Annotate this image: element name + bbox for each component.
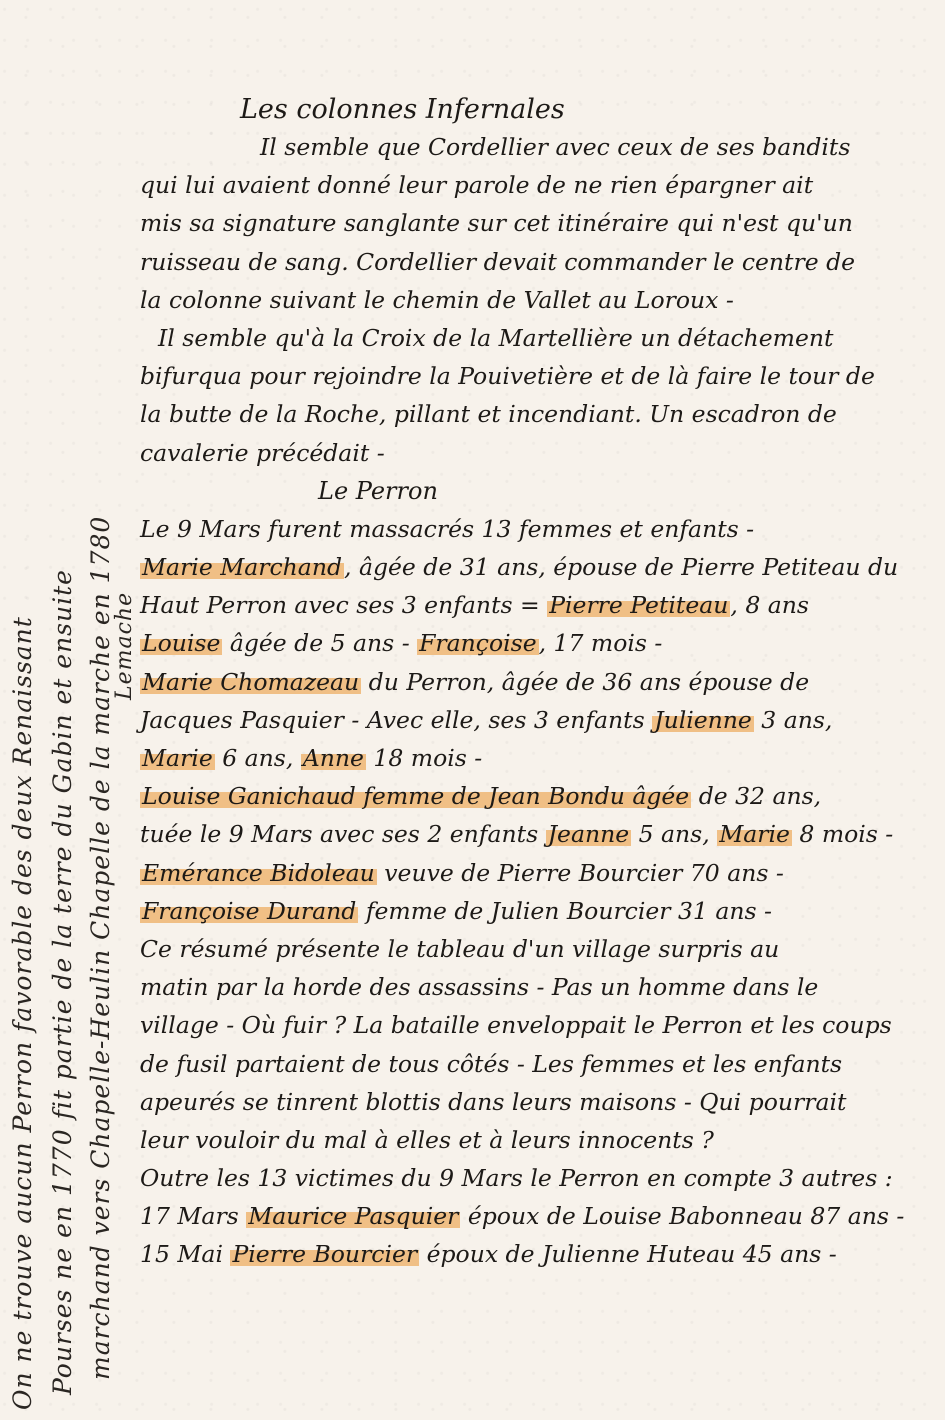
highlighted-name: Maurice Pasquier <box>246 1202 460 1230</box>
victims-list: Le 9 Mars furent massacrés 13 femmes et … <box>140 510 915 930</box>
text-line: Il semble que Cordellier avec ceux de se… <box>140 128 915 166</box>
highlighted-name: Louise <box>140 629 222 657</box>
text-line: la colonne suivant le chemin de Vallet a… <box>140 281 915 319</box>
manuscript-body: Les colonnes Infernales Il semble que Co… <box>140 92 915 1274</box>
text-line: ruisseau de sang. Cordellier devait comm… <box>140 243 915 281</box>
text-line: bifurqua pour rejoindre la Pouivetière e… <box>140 357 915 395</box>
later-victims-list: 17 Mars Maurice Pasquier époux de Louise… <box>140 1197 915 1273</box>
text-segment: veuve de Pierre Bourcier 70 ans - <box>377 859 784 887</box>
text-segment: âgée de 5 ans - <box>222 629 417 657</box>
text-segment: 6 ans, <box>215 744 301 772</box>
highlighted-name: Marie <box>140 744 215 772</box>
highlighted-name: Françoise Durand <box>140 897 358 925</box>
text-segment: du Perron, âgée de 36 ans épouse de <box>361 668 809 696</box>
text-segment: 3 ans, <box>754 706 833 734</box>
margin-annotations: On ne trouve aucun Perron favorable des … <box>0 0 145 1420</box>
text-line: Haut Perron avec ses 3 enfants = Pierre … <box>140 586 915 624</box>
text-segment: Jacques Pasquier - Avec elle, ses 3 enfa… <box>140 706 652 734</box>
section-title: Le Perron <box>140 472 915 510</box>
text-line: Emérance Bidoleau veuve de Pierre Bourci… <box>140 854 915 892</box>
text-line: Outre les 13 victimes du 9 Mars le Perro… <box>140 1159 915 1197</box>
text-segment: 8 mois - <box>792 820 893 848</box>
second-paragraph: Il semble qu'à la Croix de la Martellièr… <box>140 319 915 472</box>
highlighted-name: Louise Ganichaud femme de Jean Bondu âgé… <box>140 782 691 810</box>
text-line: de fusil partaient de tous côtés - Les f… <box>140 1045 915 1083</box>
highlighted-name: Marie <box>717 820 792 848</box>
text-line: leur vouloir du mal à elles et à leurs i… <box>140 1121 915 1159</box>
text-segment: 5 ans, <box>631 820 717 848</box>
text-line: apeurés se tinrent blottis dans leurs ma… <box>140 1083 915 1121</box>
text-line: qui lui avaient donné leur parole de ne … <box>140 166 915 204</box>
text-segment: de 32 ans, <box>691 782 821 810</box>
text-line: Ce résumé présente le tableau d'un villa… <box>140 930 915 968</box>
text-line: 17 Mars Maurice Pasquier époux de Louise… <box>140 1197 915 1235</box>
text-line: Marie Chomazeau du Perron, âgée de 36 an… <box>140 663 915 701</box>
margin-note-3: marchand vers Chapelle-Heulin Chapelle d… <box>86 516 115 1380</box>
text-segment: , âgée de 31 ans, épouse de Pierre Petit… <box>344 553 898 581</box>
text-line: Louise Ganichaud femme de Jean Bondu âgé… <box>140 777 915 815</box>
page-title: Les colonnes Infernales <box>240 92 915 128</box>
text-line: Jacques Pasquier - Avec elle, ses 3 enfa… <box>140 701 915 739</box>
highlighted-name: Françoise <box>417 629 538 657</box>
highlighted-name: Pierre Bourcier <box>230 1240 419 1268</box>
text-segment: époux de Louise Babonneau 87 ans - <box>460 1202 904 1230</box>
text-line: Louise âgée de 5 ans - Françoise, 17 moi… <box>140 624 915 662</box>
text-line: la butte de la Roche, pillant et incendi… <box>140 395 915 433</box>
text-segment: Le 9 Mars furent massacrés 13 femmes et … <box>140 515 754 543</box>
text-line: cavalerie précédait - <box>140 434 915 472</box>
text-line: tuée le 9 Mars avec ses 2 enfants Jeanne… <box>140 815 915 853</box>
margin-note-2: Pourses ne en 1770 fit partie de la terr… <box>48 569 77 1395</box>
text-segment: Haut Perron avec ses 3 enfants = <box>140 591 547 619</box>
text-segment: 18 mois - <box>366 744 482 772</box>
text-segment: époux de Julienne Huteau 45 ans - <box>419 1240 837 1268</box>
text-line: village - Où fuir ? La bataille envelopp… <box>140 1006 915 1044</box>
highlighted-name: Marie Marchand <box>140 553 344 581</box>
text-line: mis sa signature sanglante sur cet itiné… <box>140 204 915 242</box>
text-segment: 17 Mars <box>140 1202 246 1230</box>
text-line: Françoise Durand femme de Julien Bourcie… <box>140 892 915 930</box>
text-segment: 15 Mai <box>140 1240 230 1268</box>
text-segment: femme de Julien Bourcier 31 ans - <box>358 897 772 925</box>
text-line: Marie 6 ans, Anne 18 mois - <box>140 739 915 777</box>
text-line: matin par la horde des assassins - Pas u… <box>140 968 915 1006</box>
highlighted-name: Julienne <box>652 706 754 734</box>
highlighted-name: Anne <box>301 744 366 772</box>
text-line: Marie Marchand, âgée de 31 ans, épouse d… <box>140 548 915 586</box>
text-line: 15 Mai Pierre Bourcier époux de Julienne… <box>140 1235 915 1273</box>
text-line: Le 9 Mars furent massacrés 13 femmes et … <box>140 510 915 548</box>
text-segment: , 17 mois - <box>539 629 663 657</box>
margin-note-1: On ne trouve aucun Perron favorable des … <box>8 616 37 1410</box>
highlighted-name: Jeanne <box>546 820 632 848</box>
highlighted-name: Marie Chomazeau <box>140 668 361 696</box>
intro-paragraph: Il semble que Cordellier avec ceux de se… <box>140 128 915 319</box>
highlighted-name: Pierre Petiteau <box>547 591 730 619</box>
text-segment: , 8 ans <box>730 591 809 619</box>
closing-paragraph: Ce résumé présente le tableau d'un villa… <box>140 930 915 1197</box>
text-segment: tuée le 9 Mars avec ses 2 enfants <box>140 820 546 848</box>
margin-note-4: Lemache <box>112 592 137 700</box>
text-line: Il semble qu'à la Croix de la Martellièr… <box>140 319 915 357</box>
highlighted-name: Emérance Bidoleau <box>140 859 377 887</box>
